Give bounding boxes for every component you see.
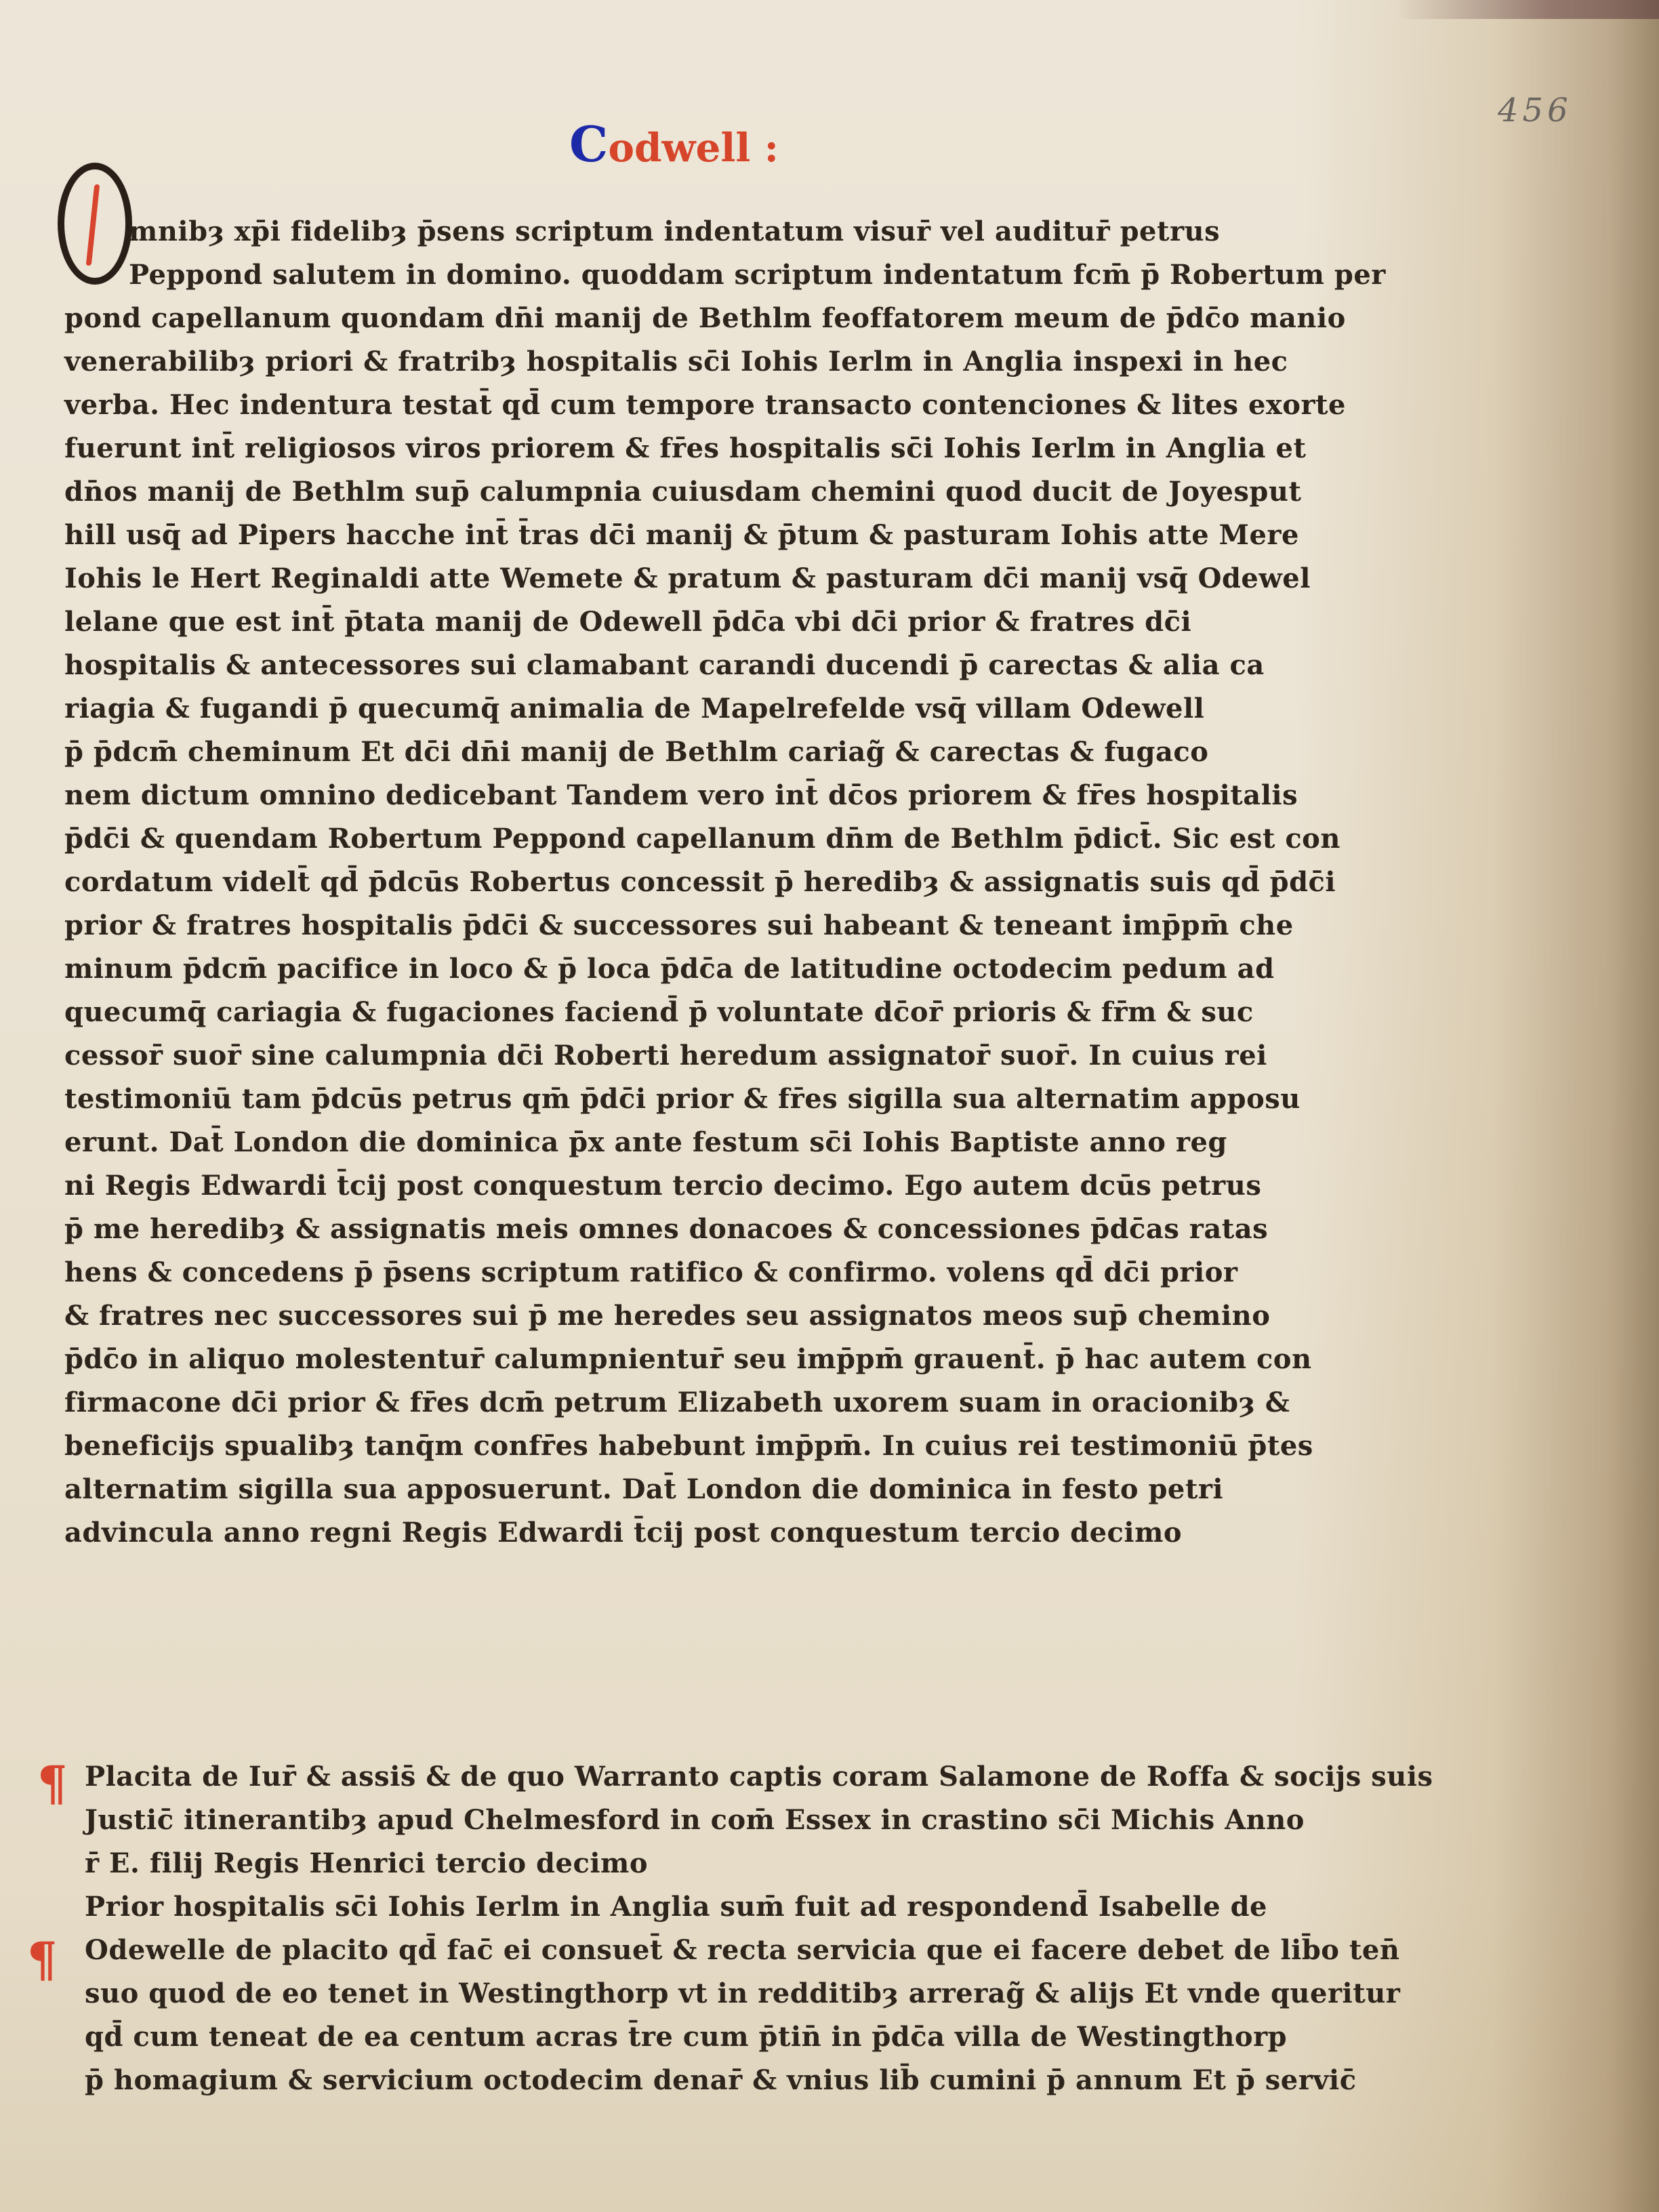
placita-line: r̄ E. filij Regis Henrici tercio decimo [85, 1842, 1372, 1885]
charter-line: firmacone dc̄i prior & fr̄es dcm̄ petrum… [64, 1381, 1352, 1425]
charter-line: minum p̄dcm̄ pacifice in loco & p̄ loca … [64, 947, 1352, 991]
charter-line: nem dictum omnino dedicebant Tandem vero… [64, 774, 1352, 817]
folio-number: 456 [1498, 91, 1572, 129]
charter-line: pond capellanum quondam dn̄i manij de Be… [64, 297, 1352, 340]
charter-line: fuerunt int̄ religiosos viros priorem & … [64, 427, 1352, 470]
manuscript-page: 456 Codwell : mnibȝ xp̄i fidelibȝ p̄sens… [0, 0, 1659, 2212]
placita-line: Prior hospitalis sc̄i Iohis Ierlm in Ang… [85, 1885, 1372, 1929]
paragraph-mark-icon: ¶ [27, 1931, 58, 1988]
charter-line: quecumq̄ cariagia & fugaciones faciend̄ … [64, 991, 1352, 1034]
charter-line: dn̄os manij de Bethlm sup̄ calumpnia cui… [64, 470, 1352, 514]
binding-edge [1396, 0, 1659, 19]
charter-line: p̄ me heredibȝ & assignatis meis omnes d… [64, 1208, 1352, 1251]
placita-text: Placita de Iur̄ & assis̄ & de quo Warran… [85, 1755, 1372, 2102]
charter-line: ni Regis Edwardi t̄cij post conquestum t… [64, 1164, 1352, 1208]
charter-line: p̄ p̄dcm̄ cheminum Et dc̄i dn̄i manij de… [64, 731, 1352, 774]
charter-line: beneficijs spualibȝ tanq̄m confr̄es habe… [64, 1425, 1352, 1468]
charter-line: advincula anno regni Regis Edwardi t̄cij… [64, 1511, 1352, 1555]
charter-line: hens & concedens p̄ p̄sens scriptum rati… [64, 1251, 1352, 1294]
charter-line: p̄dc̄i & quendam Robertum Peppond capell… [64, 817, 1352, 861]
charter-line: prior & fratres hospitalis p̄dc̄i & succ… [64, 904, 1352, 947]
charter-text: mnibȝ xp̄i fidelibȝ p̄sens scriptum inde… [64, 210, 1352, 1555]
charter-line: lelane que est int̄ p̄tata manij de Odew… [64, 600, 1352, 644]
charter-line: & fratres nec successores sui p̄ me here… [64, 1294, 1352, 1338]
rubric-heading: Codwell : [569, 115, 779, 173]
placita-line: Justic̄ itinerantibȝ apud Chelmesford in… [85, 1799, 1372, 1842]
charter-line: erunt. Dat̄ London die dominica p̄x ante… [64, 1121, 1352, 1164]
charter-line: testimoniū tam p̄dcūs petrus qm̄ p̄dc̄i … [64, 1078, 1352, 1121]
charter-line: mnibȝ xp̄i fidelibȝ p̄sens scriptum inde… [64, 210, 1352, 253]
placita-line: qd̄ cum teneat de ea centum acras t̄re c… [85, 2015, 1372, 2059]
heading-red-text: odwell : [608, 125, 779, 171]
charter-line: hill usq̄ ad Pipers hacche int̄ t̄ras dc… [64, 514, 1352, 557]
charter-line: p̄dc̄o in aliquo molestentur̄ calumpnien… [64, 1338, 1352, 1381]
placita-line: Odewelle de placito qd̄ fac̄ ei consuet̄… [85, 1929, 1372, 1972]
placita-line: p̄ homagium & servicium octodecim denar̄… [85, 2059, 1372, 2102]
paragraph-mark-icon: ¶ [37, 1755, 68, 1811]
charter-line: riagia & fugandi p̄ quecumq̄ animalia de… [64, 687, 1352, 731]
charter-line: cessor̄ suor̄ sine calumpnia dc̄i Robert… [64, 1034, 1352, 1078]
charter-line: cordatum videlt̄ qd̄ p̄dcūs Robertus con… [64, 861, 1352, 904]
charter-line: alternatim sigilla sua apposuerunt. Dat̄… [64, 1468, 1352, 1511]
placita-line: suo quod de eo tenet in Westingthorp vt … [85, 1972, 1372, 2015]
charter-line: verba. Hec indentura testat̄ qd̄ cum tem… [64, 384, 1352, 427]
charter-line: hospitalis & antecessores sui clamabant … [64, 644, 1352, 687]
charter-line: Iohis le Hert Reginaldi atte Wemete & pr… [64, 557, 1352, 600]
charter-line: venerabilibȝ priori & fratribȝ hospitali… [64, 340, 1352, 384]
placita-line: Placita de Iur̄ & assis̄ & de quo Warran… [85, 1755, 1372, 1799]
heading-blue-initial: C [569, 115, 608, 173]
charter-line: Peppond salutem in domino. quoddam scrip… [64, 253, 1352, 297]
